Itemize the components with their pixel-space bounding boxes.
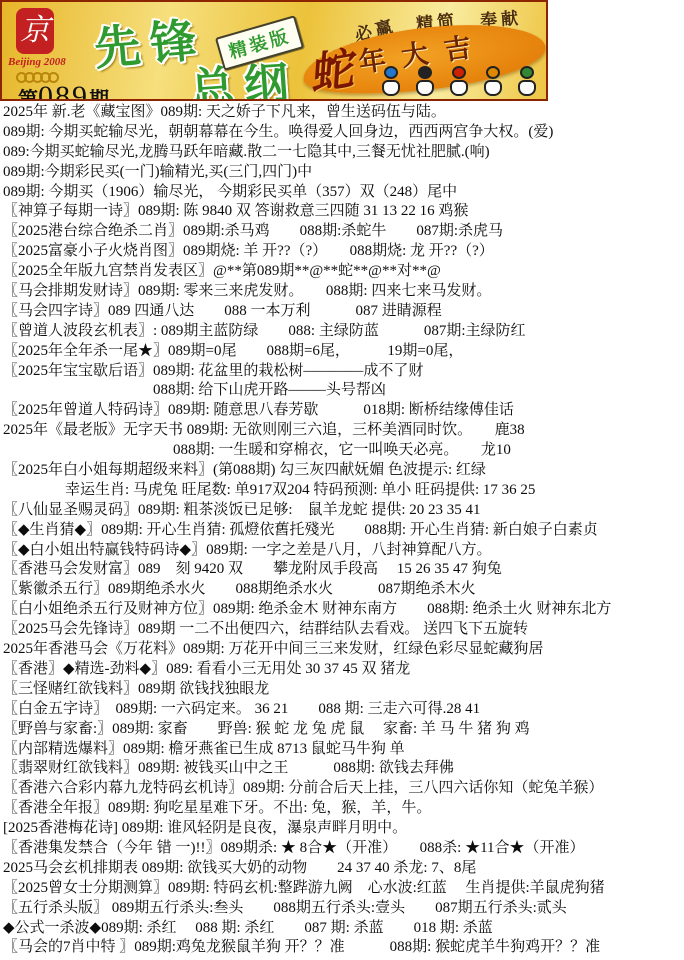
text-line: 〖白金五字诗〗 089期: 一六码定来。 36 21 088 期: 三走六可得.… [3, 700, 684, 720]
text-line: 〖2025富豪小子火烧肖图〗089期烧: 羊 开??（?） 088期烧: 龙 开… [3, 242, 684, 262]
text-line: 〖2025全年版九宫禁肖发表区〗@**第089期**@**蛇**@**对**@ [3, 262, 684, 282]
text-line: 〖白小姐绝杀五行及财神方位〗089期: 绝杀金木 财神东南方 088期: 绝杀土… [3, 600, 684, 620]
masthead-art: 京 Beijing 2008 第089期 先锋 总纲 精装版 必赢 精简 奉献 … [0, 0, 548, 101]
text-line: 〖马会的7肖中特 〗089期:鸡兔龙猴鼠羊狗 开？？准 088期: 猴蛇虎羊牛狗… [3, 938, 684, 958]
text-line: 〖香港马会发财富〗089 刻 9420 双 攀龙附凤手段高 15 26 35 4… [3, 560, 684, 580]
beijing-2008-emblem-icon: 京 [16, 8, 54, 54]
beijing-2008-caption: Beijing 2008 [8, 56, 88, 68]
text-line: 〖马会四字诗〗089 四通八达 088 一本万利 087 进睛源程 [3, 302, 684, 322]
text-line: 〖香港集发禁合（今年 错 一)!!〗089期杀: ★ 8合★（开准） 088杀:… [3, 839, 684, 859]
text-line: 〖五行杀头版〗 089期五行杀头:叁头 088期五行杀头:壹头 087期五行杀头… [3, 899, 684, 919]
text-line: 〖八仙显圣赐灵码〗089期: 粗茶淡饭已足够: 鼠羊龙蛇 提供: 20 23 3… [3, 501, 684, 521]
text-line: 〖2025曾女士分期测算〗089期: 特码玄机:整跸游九阙 心水波:红蓝 生肖提… [3, 879, 684, 899]
text-line: 088期: 一生暖和穿棉衣，它一叫唤天必亮。 龙10 [3, 441, 684, 461]
masthead: 京 Beijing 2008 第089期 先锋 总纲 精装版 必赢 精简 奉献 … [0, 0, 684, 101]
content-lines: 2025年 新.老《藏宝图》089期: 天之娇子下凡来，曾生送码伍与陆。089期… [0, 101, 684, 958]
text-line: 〖紫徽杀五行〗089期绝杀水火 088期绝杀水火 087期绝杀木火 [3, 580, 684, 600]
text-line: 〖香港〗◆精选-劲料◆〗089: 看看小三无用处 30 37 45 双 猪龙 [3, 660, 684, 680]
text-line: 〖2025港台综合绝杀二肖〗089期:杀马鸡 088期:杀蛇牛 087期:杀虎马 [3, 222, 684, 242]
issue-prefix: 第 [18, 89, 38, 101]
fuwa-mascot-nini-icon [516, 66, 538, 100]
text-line: 〖2025年宝宝歇后语〗089期: 花盆里的栽松树————成不了财 [3, 362, 684, 382]
text-line: 〖2025年曾道人特码诗〗089期: 随意思八春芳歇 018期: 断桥结缘傅佳话 [3, 401, 684, 421]
issue-suffix: 期 [89, 89, 109, 101]
text-line: 〖香港全年报〗089期: 狗吃星星难下牙。不出: 兔，猴，羊，牛。 [3, 799, 684, 819]
text-line: 〖◆生肖猜◆〗089期: 开心生肖猜: 孤燈依舊托殘光 088期: 开心生肖猜:… [3, 521, 684, 541]
text-line: 〖三怪赌红欲钱料〗089期 欲钱找独眼龙 [3, 680, 684, 700]
fuwa-mascot-jingjing-icon [414, 66, 436, 100]
text-line: 2025马会玄机排期表 089期: 欲钱买大奶的动物 24 37 40 杀龙: … [3, 859, 684, 879]
fuwa-mascot-yingying-icon [482, 66, 504, 100]
text-line: 2025年香港马会《万花料》089期: 万花开中间三三来发财，红绿色彩尽显蛇藏狗… [3, 640, 684, 660]
text-line: 〖翡翠财红欲钱料〗089期: 被钱买山中之王 088期: 欲钱去拜佛 [3, 759, 684, 779]
text-line: 〖野兽与家畜:〗089期: 家畜 野兽: 猴 蛇 龙 兔 虎 鼠 家畜: 羊 马… [3, 720, 684, 740]
text-line: 〖2025年全年杀一尾★〗089期=0尾 088期=6尾， 19期=0尾， [3, 342, 684, 362]
text-line: 〖马会排期发财诗〗089期: 零来三来虎发财。 088期: 四来七来马发财。 [3, 282, 684, 302]
text-line: 〖内部精选爆料〗089期: 檐牙燕雀已生成 8713 鼠蛇马牛狗 单 [3, 740, 684, 760]
text-line: 〖2025马会先锋诗〗089期 一二不出便四六，结群结队去看戏。 送四飞下五旋转 [3, 620, 684, 640]
fuwa-mascot-beibei-icon [380, 66, 402, 100]
text-line: 〖神算子每期一诗〗089期: 陈 9840 双 答谢救意三四随 31 13 22… [3, 202, 684, 222]
fuwa-mascot-huanhuan-icon [448, 66, 470, 100]
text-line: 089期:今期彩民买(一门)输精光,买(三门,四门)中 [3, 163, 684, 183]
issue-value: 089 [38, 80, 89, 101]
text-line: 〖香港六合彩内幕九龙特码玄机诗〗089期: 分前合后天上挂，三八四六话你知（蛇兔… [3, 779, 684, 799]
text-line: 〖2025年白小姐每期超级来料〗(第088期) 勾三灰四献妩媚 色波提示: 红绿 [3, 461, 684, 481]
text-line: 089:今期买蛇输尽光,龙腾马跃年暗藏.散二一七隐其中,三餐无忧社肥腻.(响) [3, 143, 684, 163]
text-line: 〖曾道人波段玄机表〗: 089期主蓝防绿 088: 主绿防蓝 087期:主绿防红 [3, 322, 684, 342]
text-line: 088期: 给下山虎开路——–头号帮凶 [3, 381, 684, 401]
text-line: ◆公式一杀波◆089期: 杀红 088 期: 杀红 087 期: 杀蓝 018 … [3, 919, 684, 939]
issue-number: 第089期 [18, 80, 109, 101]
text-line: [2025香港梅花诗] 089期: 谁风轻阴是良夜，瀑泉声畔月明中。 [3, 819, 684, 839]
text-line: 089期: 今期买（1906）输尽光， 今期彩民买单（357）双（248）尾中 [3, 183, 684, 203]
text-line: 〖◆白小姐出特赢钱特码诗◆〗089期: 一字之差是八月，八封神算配八方。 [3, 541, 684, 561]
text-line: 2025年 新.老《藏宝图》089期: 天之娇子下凡来，曾生送码伍与陆。 [3, 103, 684, 123]
text-line: 2025年《最老版》无字天书 089期: 无欲则刚三六追，三杯美酒同时饮。 鹿3… [3, 421, 684, 441]
lottery-sheet: 京 Beijing 2008 第089期 先锋 总纲 精装版 必赢 精简 奉献 … [0, 0, 684, 960]
text-line: 089期: 今期买蛇输尽光，朝朝幕幕在今生。唤得爱人回身边，西西两宫争大权。(爱… [3, 123, 684, 143]
text-line: 幸运生肖: 马虎兔 旺尾数: 单917双204 特码预测: 单小 旺码提供: 1… [3, 481, 684, 501]
